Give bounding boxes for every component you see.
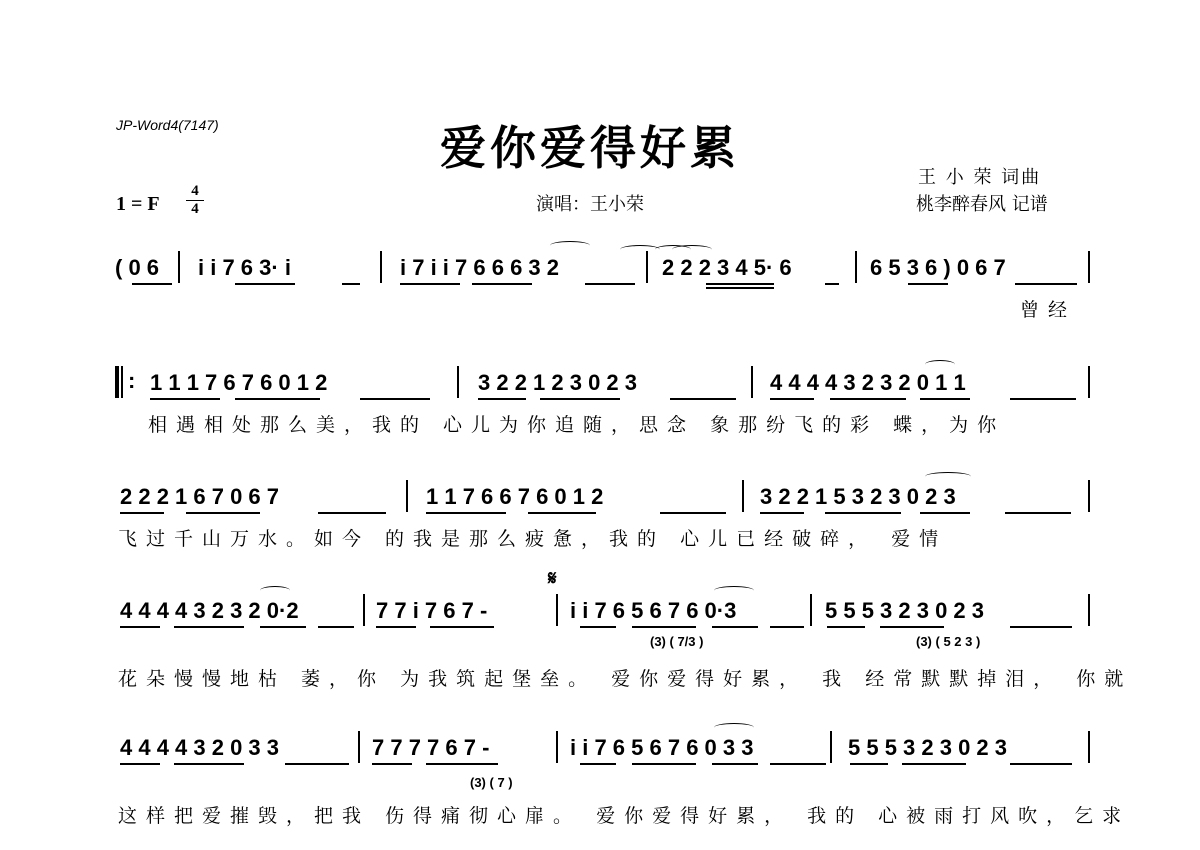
time-signature-bottom: 4 [186,202,204,217]
barline [1088,366,1090,398]
barline [1088,480,1090,512]
underline [120,626,160,628]
underline [585,283,635,285]
underline [132,283,172,285]
underline [318,626,354,628]
underline [706,287,774,289]
barline [1088,594,1090,626]
underline [825,512,901,514]
underline [920,512,970,514]
underline [1015,283,1077,285]
barline [556,594,558,626]
measure-6: 1 1 1 7 6 7 6 0 1 2 [150,370,327,396]
barline [1088,731,1090,763]
measure-10: 1 1 7 6 6 7 6 0 1 2 [426,484,603,510]
measure-4: 2 2 2 3 4 5· 6 [662,255,792,281]
underline [1010,398,1076,400]
barline [646,251,648,283]
barline [380,251,382,283]
underline [235,283,295,285]
underline [376,626,416,628]
underline [850,763,888,765]
time-signature-top: 4 [186,184,204,199]
underline [342,283,360,285]
underline [235,398,320,400]
underline [825,283,839,285]
measure-15: 5 5 5 3 2 3 0 2 3 [825,598,984,624]
segno-sign: 𝄋 [548,568,557,591]
alternate-notes: (3) ( 7/3 ) [650,634,703,649]
underline [660,512,726,514]
underline [902,763,966,765]
key-signature: 1 = F [116,193,160,216]
underline [540,398,620,400]
measure-16: 4 4 4 4 3 2 0 3 3 [120,735,279,761]
underline [318,512,386,514]
underline [632,626,696,628]
underline [120,512,164,514]
underline [1010,626,1072,628]
underline [120,763,160,765]
lyrics-line: 曾经 [1020,295,1076,322]
alternate-notes: (3) ( 7 ) [470,775,513,790]
underline [426,763,498,765]
underline [1010,763,1072,765]
barline [855,251,857,283]
measure-11: 3 2 2 1 5 3 2 3 0 2 3 [760,484,956,510]
underline [770,626,804,628]
underline [920,398,970,400]
measure-7: 3 2 2 1 2 3 0 2 3 [478,370,637,396]
measure-17: 7 7 7 7 6 7 - [372,735,489,761]
underline [528,512,596,514]
song-title: 爱你爱得好累 [440,112,740,178]
barline [358,731,360,763]
underline [827,626,865,628]
barline [457,366,459,398]
measure-13: 7 7 i 7 6 7 - [376,598,487,624]
underline [174,763,244,765]
underline [712,763,758,765]
measure-5: 6 5 3 6 ) 0 6 7 [870,255,1006,281]
underline [478,398,526,400]
lyrics-line: 花朵慢慢地枯 萎，你 为我筑起堡垒。 爱你爱得好累， 我 经常默默掉泪， 你就 [118,664,1132,691]
tie [672,245,712,254]
slur [260,586,290,595]
measure-12: 4 4 4 4 3 2 3 2 0·2 [120,598,299,624]
underline [360,398,430,400]
barline [751,366,753,398]
measure-1: ( 0 6 [115,255,159,281]
underline [372,763,412,765]
measure-19: 5 5 5 3 2 3 0 2 3 [848,735,1007,761]
lyricist-composer-credit: 王 小 荣 词曲 [918,163,1041,189]
underline [830,398,906,400]
lyrics-line: 飞过千山万水。如今 的我是那么疲惫，我的 心儿已经破碎， 爱情 [118,524,947,551]
software-watermark: JP-Word4(7147) [116,117,219,133]
underline [430,626,494,628]
underline [580,763,616,765]
slur [714,586,754,595]
barline [363,594,365,626]
underline [770,398,814,400]
barline [742,480,744,512]
underline [908,283,948,285]
underline [1005,512,1071,514]
repeat-colon: : [128,368,135,394]
tie [550,241,590,250]
underline [880,626,944,628]
time-signature: 4 4 [186,184,204,217]
underline [186,512,260,514]
alternate-notes: (3) ( 5 2 3 ) [916,634,980,649]
underline [670,398,736,400]
barline [1088,251,1090,283]
singer-credit: 演唱：王小荣 [536,190,644,216]
transcriber-credit: 桃李醉春风 记谱 [916,190,1048,216]
measure-3: i 7 i i 7 6 6 6 3 2 [400,255,559,281]
underline [712,626,758,628]
underline [472,283,532,285]
barline [830,731,832,763]
underline [285,763,349,765]
underline [706,283,774,285]
underline [260,626,306,628]
underline [632,763,696,765]
lyrics-line: 相遇相处那么美，我的 心儿为你追随，思念 象那纷飞的彩 蝶，为你 [148,410,1005,437]
slur [714,723,754,732]
repeat-start-sign [115,366,125,398]
measure-8: 4 4 4 4 3 2 3 2 0 1 1 [770,370,966,396]
slur [925,472,971,481]
underline [400,283,460,285]
measure-9: 2 2 2 1 6 7 0 6 7 [120,484,279,510]
measure-18: i i 7 6 5 6 7 6 0 3 3 [570,735,753,761]
lyrics-line: 这样把爱摧毁，把我 伤得痛彻心扉。 爱你爱得好累， 我的 心被雨打风吹，乞求 [118,801,1130,828]
underline [580,626,616,628]
measure-2: i i 7 6 3· i [198,255,291,281]
barline [556,731,558,763]
measure-14: i i 7 6 5 6 7 6 0·3 [570,598,736,624]
underline [770,763,826,765]
tie [620,245,660,254]
underline [150,398,220,400]
underline [760,512,804,514]
slur [925,360,955,369]
underline [426,512,506,514]
underline [174,626,244,628]
barline [406,480,408,512]
barline [810,594,812,626]
barline [178,251,180,283]
